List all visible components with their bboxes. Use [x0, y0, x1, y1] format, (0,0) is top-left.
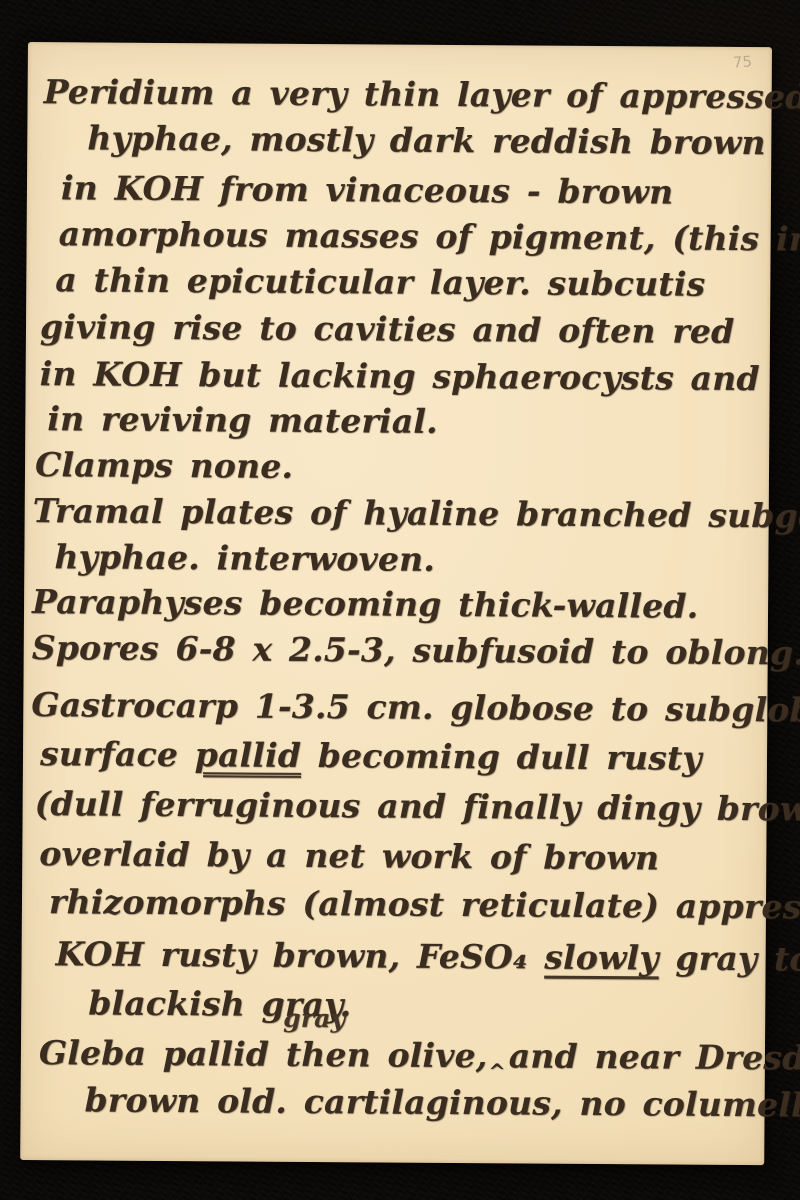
handwritten-line: a thin epicuticular layer. subcutis [55, 262, 705, 303]
handwritten-text-segment: Gleba pallid then olive, [39, 1033, 488, 1075]
handwritten-line: surface pallid becoming dull rusty [40, 736, 702, 777]
handwritten-text-segment: hyphae. interwoven. [54, 537, 435, 579]
photo-background: 75 Peridium a very thin layer of appress… [0, 0, 800, 1200]
handwritten-text-segment: Paraphyses becoming thick-walled. [32, 582, 699, 626]
handwritten-line: Peridium a very thin layer of appressed [44, 74, 800, 116]
handwritten-line: (dull ferruginous and finally dingy brow… [35, 786, 800, 828]
handwritten-text-segment: gray to [659, 938, 800, 978]
handwritten-text-segment: KOH rusty brown, FeSO₄ [55, 934, 544, 976]
handwritten-text-segment: overlaid by a net work of brown [39, 834, 659, 877]
handwritten-line: Gastrocarp 1-3.5 cm. globose to subglobo… [31, 687, 800, 729]
handwritten-text-segment: Clamps none. [35, 445, 293, 486]
handwritten-line: brown old. cartilaginous, no columellae [84, 1082, 800, 1124]
handwritten-text-segment: a thin epicuticular layer. subcutis [55, 260, 705, 304]
handwritten-text-segment: Spores 6-8 x 2.5-3, subfusoid to oblong. [32, 628, 800, 672]
handwritten-line: rhizomorphs (almost reticulate) appresse… [49, 884, 800, 926]
handwritten-line: Spores 6-8 x 2.5-3, subfusoid to oblong. [32, 630, 800, 672]
handwritten-text-segment: Peridium a very thin layer of appressed [44, 72, 800, 116]
handwriting-layer: Peridium a very thin layer of appressedh… [20, 42, 772, 1165]
handwritten-line: in KOH from vinaceous - brown [61, 170, 674, 211]
handwritten-line: Paraphyses becoming thick-walled. [32, 584, 699, 625]
handwritten-line: Gleba pallid then olive,^and near Dresde… [39, 1035, 800, 1085]
handwritten-text-segment: hyphae, mostly dark reddish brown [87, 118, 766, 162]
handwritten-text-segment: in KOH but lacking sphaerocysts and [40, 354, 760, 398]
handwritten-text-segment: pallid [195, 735, 302, 775]
handwritten-line: overlaid by a net work of brown [39, 836, 659, 877]
handwritten-line: amorphous masses of pigment, (this in [59, 216, 800, 258]
handwritten-line: KOH rusty brown, FeSO₄ slowly gray to [56, 936, 800, 978]
handwritten-text-segment: giving rise to cavities and often red [40, 307, 735, 351]
handwritten-text-segment: gray [283, 1004, 345, 1033]
handwritten-text-segment: ^ [488, 1059, 505, 1083]
handwritten-line: in reviving material. [47, 401, 438, 440]
handwritten-text-segment: in KOH from vinaceous - brown [61, 168, 674, 211]
handwritten-line: Tramal plates of hyaline branched subgel… [33, 493, 800, 535]
handwritten-text-segment: brown old. cartilaginous, no columellae [84, 1080, 800, 1124]
handwritten-text-segment: rhizomorphs (almost reticulate) appresse… [49, 882, 800, 927]
index-card: 75 Peridium a very thin layer of appress… [20, 42, 772, 1165]
handwritten-line: Clamps none. [35, 447, 293, 485]
handwritten-line: in KOH but lacking sphaerocysts and [40, 356, 760, 397]
handwritten-text-segment: (dull ferruginous and finally dingy brow… [35, 784, 800, 829]
handwritten-text-segment: surface [40, 734, 195, 774]
handwritten-line: giving rise to cavities and often red [40, 309, 735, 350]
handwritten-text-segment: and near Dresden [509, 1036, 800, 1077]
handwritten-text-segment: Tramal plates of hyaline branched subgel… [33, 491, 800, 536]
handwritten-line: hyphae. interwoven. [54, 539, 435, 578]
handwritten-line: hyphae, mostly dark reddish brown [87, 120, 766, 161]
handwritten-text-segment: in reviving material. [47, 399, 438, 441]
handwritten-line: gray [283, 1005, 345, 1033]
handwritten-text-segment: slowly [544, 938, 659, 978]
handwritten-text-segment: Gastrocarp 1-3.5 cm. globose to subglobo… [31, 685, 800, 730]
handwritten-text-segment: amorphous masses of pigment, (this in [59, 214, 800, 258]
handwritten-text-segment: becoming dull rusty [301, 736, 702, 778]
